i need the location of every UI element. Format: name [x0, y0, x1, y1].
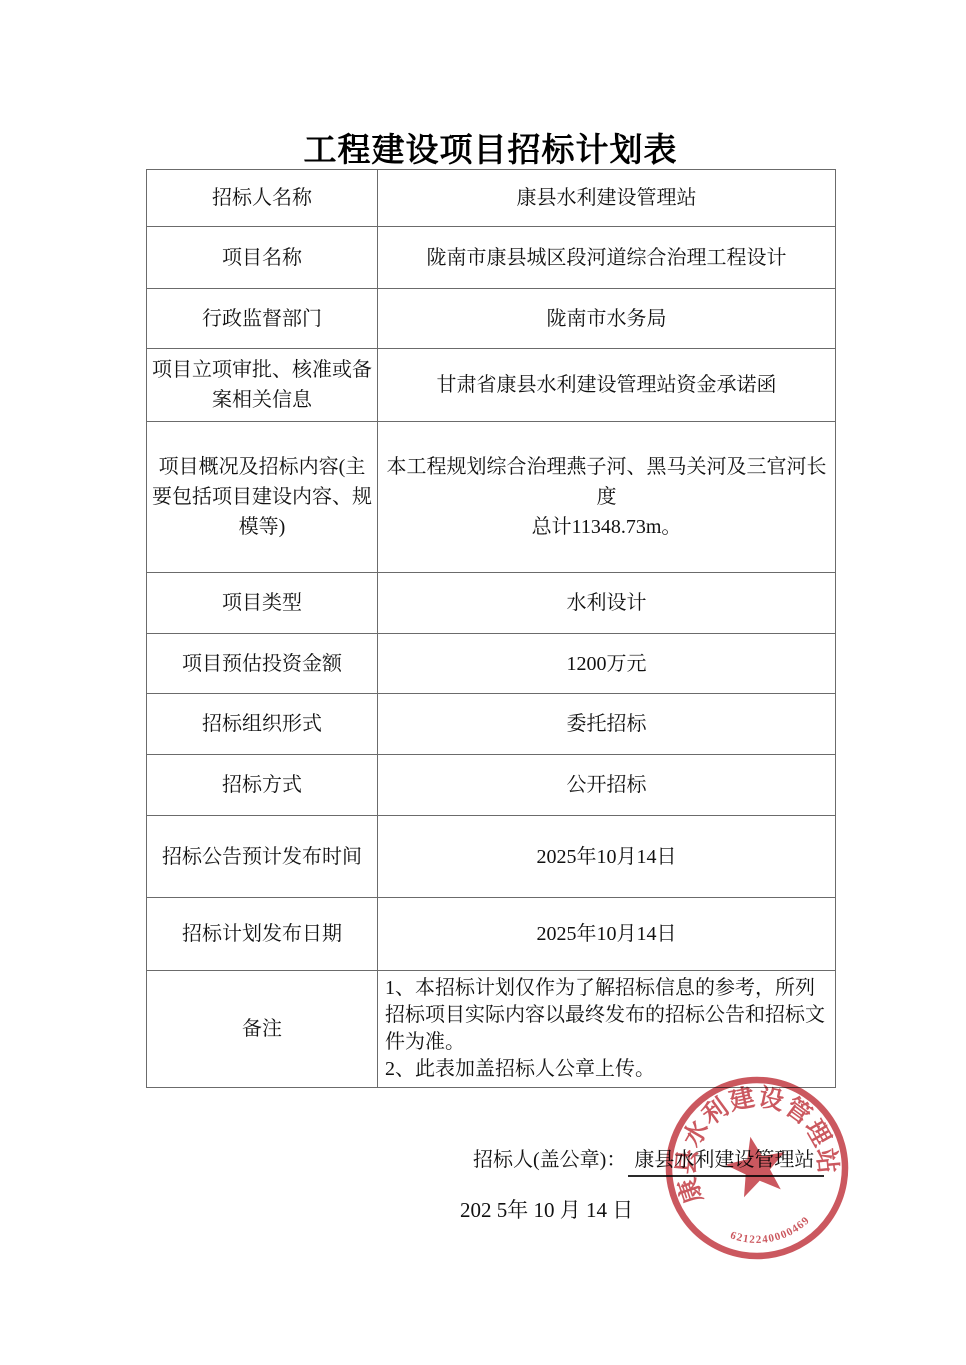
row-value: 陇南市康县城区段河道综合治理工程设计 — [378, 227, 836, 289]
row-label: 项目预估投资金额 — [147, 634, 378, 694]
row-value: 公开招标 — [378, 755, 836, 816]
stamp-org-text: 康县水利建设管理站 — [661, 1072, 845, 1208]
table-row: 项目类型 水利设计 — [147, 573, 836, 634]
table-row: 项目名称 陇南市康县城区段河道综合治理工程设计 — [147, 227, 836, 289]
row-label: 招标人名称 — [147, 170, 378, 227]
bidding-plan-table: 招标人名称 康县水利建设管理站 项目名称 陇南市康县城区段河道综合治理工程设计 … — [146, 169, 836, 1088]
document-page: 工程建设项目招标计划表 招标人名称 康县水利建设管理站 项目名称 陇南市康县城区… — [0, 0, 966, 1365]
row-label: 招标方式 — [147, 755, 378, 816]
row-value: 陇南市水务局 — [378, 289, 836, 349]
table-row: 招标组织形式 委托招标 — [147, 694, 836, 755]
table-row: 项目立项审批、核准或备案相关信息 甘肃省康县水利建设管理站资金承诺函 — [147, 349, 836, 422]
row-value: 2025年10月14日 — [378, 816, 836, 898]
row-label: 行政监督部门 — [147, 289, 378, 349]
row-value: 康县水利建设管理站 — [378, 170, 836, 227]
row-label: 招标计划发布日期 — [147, 898, 378, 971]
row-label: 项目名称 — [147, 227, 378, 289]
date-line: 202 5年 10 月 14 日 — [460, 1197, 633, 1223]
signer-label: 招标人(盖公章)： — [473, 1149, 626, 1171]
table-row: 招标公告预计发布时间 2025年10月14日 — [147, 816, 836, 898]
row-value: 委托招标 — [378, 694, 836, 755]
row-value: 2025年10月14日 — [378, 898, 836, 971]
row-value: 甘肃省康县水利建设管理站资金承诺函 — [378, 349, 836, 422]
table-row: 招标方式 公开招标 — [147, 755, 836, 816]
row-value-notes: 1、本招标计划仅作为了解招标信息的参考，所列招标项目实际内容以最终发布的招标公告… — [378, 971, 836, 1088]
row-label: 项目立项审批、核准或备案相关信息 — [147, 349, 378, 422]
row-value: 1200万元 — [378, 634, 836, 694]
svg-text:6212240000469: 6212240000469 — [726, 1213, 815, 1253]
page-title: 工程建设项目招标计划表 — [146, 124, 835, 171]
row-label: 招标组织形式 — [147, 694, 378, 755]
row-label: 备注 — [147, 971, 378, 1088]
signer-line: 招标人(盖公章)：康县水利建设管理站 — [473, 1147, 824, 1177]
table-row: 招标计划发布日期 2025年10月14日 — [147, 898, 836, 971]
table-row: 行政监督部门 陇南市水务局 — [147, 289, 836, 349]
row-label: 招标公告预计发布时间 — [147, 816, 378, 898]
row-label: 项目类型 — [147, 573, 378, 634]
signer-name-underline: 康县水利建设管理站 — [628, 1147, 824, 1177]
table-row: 项目预估投资金额 1200万元 — [147, 634, 836, 694]
row-label: 项目概况及招标内容(主要包括项目建设内容、规模等) — [147, 422, 378, 573]
row-value: 本工程规划综合治理燕子河、黑马关河及三官河长度 总计11348.73m。 — [378, 422, 836, 573]
stamp-code-text: 6212240000469 — [726, 1213, 815, 1253]
table-row: 备注 1、本招标计划仅作为了解招标信息的参考，所列招标项目实际内容以最终发布的招… — [147, 971, 836, 1088]
table-row: 项目概况及招标内容(主要包括项目建设内容、规模等) 本工程规划综合治理燕子河、黑… — [147, 422, 836, 573]
row-value: 水利设计 — [378, 573, 836, 634]
table-row: 招标人名称 康县水利建设管理站 — [147, 170, 836, 227]
svg-text:康县水利建设管理站: 康县水利建设管理站 — [661, 1072, 845, 1208]
